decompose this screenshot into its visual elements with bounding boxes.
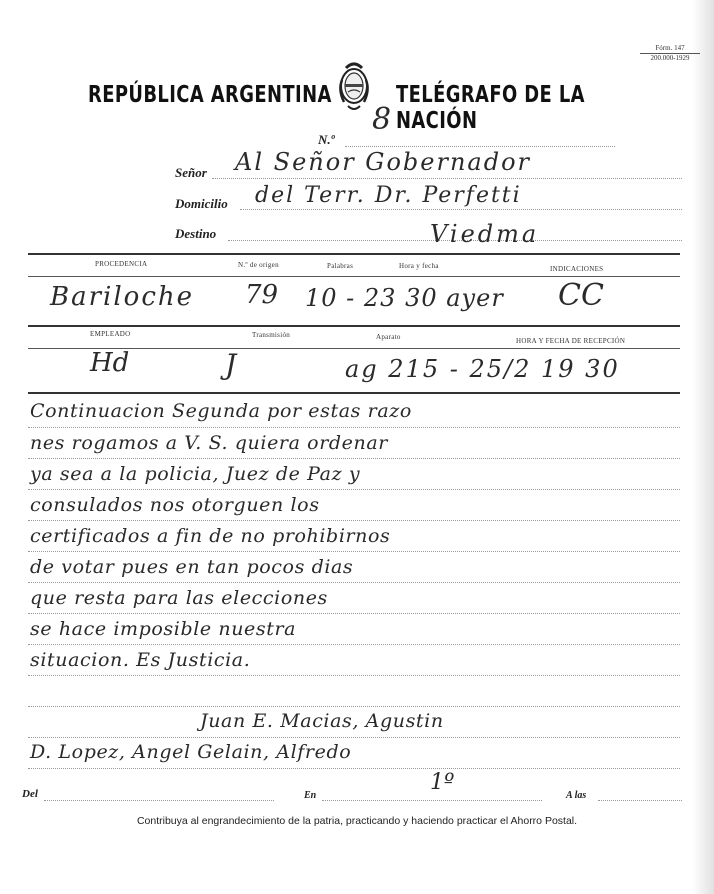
header-left-title: REPÚBLICA ARGENTINA	[88, 82, 332, 108]
del-label: Del	[22, 788, 38, 800]
message-line: certificados a fin de no prohibirnos	[30, 525, 390, 547]
senor-label: Señor	[175, 165, 207, 181]
col-palabras: Palabras	[327, 262, 353, 270]
destino-label: Destino	[175, 226, 216, 242]
rule-top-reception	[28, 325, 680, 327]
procedencia-value: Bariloche	[50, 282, 194, 312]
argentine-coat-of-arms-icon	[334, 60, 374, 116]
message-line: Continuacion Segunda por estas razo	[30, 400, 412, 422]
message-line: situacion. Es Justicia.	[30, 649, 250, 671]
ruled-line	[28, 675, 680, 676]
ruled-line	[28, 458, 680, 459]
destino-value: Viedma	[430, 220, 539, 248]
message-line: Juan E. Macias, Agustin	[200, 710, 444, 732]
ruled-line	[28, 706, 680, 707]
a-las-label: A las	[566, 790, 586, 801]
handwritten-page-number: 8	[372, 102, 391, 137]
en-label: En	[304, 790, 316, 801]
print-run: 200.000-1929	[640, 54, 700, 63]
indicaciones-value: CC	[558, 278, 604, 313]
senor-line	[212, 178, 682, 179]
ruled-line	[28, 613, 680, 614]
del-line	[44, 800, 274, 801]
transmision-value: J	[225, 348, 236, 381]
col-numero-origen: N.º de origen	[238, 261, 279, 269]
ruled-line	[28, 489, 680, 490]
empleado-value: Hd	[90, 348, 129, 378]
footer-slogan: Contribuya al engrandecimiento de la pat…	[0, 815, 714, 827]
ruled-line	[28, 551, 680, 552]
col-recepcion: HORA Y FECHA DE RECEPCIÓN	[516, 337, 625, 345]
ruled-line	[28, 737, 680, 738]
handwritten-mark: 1º	[430, 770, 454, 795]
en-line	[322, 800, 542, 801]
domicilio-line	[240, 209, 682, 210]
header-right-title: TELÉGRAFO DE LA NACIÓN	[396, 82, 644, 134]
message-line: de votar pues en tan pocos dias	[30, 556, 353, 578]
domicilio-value: del Terr. Dr. Perfetti	[255, 183, 522, 208]
message-line: se hace imposible nuestra	[30, 618, 296, 640]
number-label: N.º	[318, 132, 335, 148]
col-aparato: Aparato	[376, 333, 401, 341]
ruled-line	[28, 768, 680, 769]
number-line	[345, 146, 615, 147]
ruled-line	[28, 582, 680, 583]
senor-value: Al Señor Gobernador	[235, 148, 531, 176]
page-edge-shadow	[692, 0, 714, 894]
hora-fecha-value: 10 - 23 30 ayer	[305, 284, 504, 312]
rule-mid-origin	[28, 276, 680, 277]
form-number: Fórm. 147 200.000-1929	[640, 44, 700, 63]
a-las-line	[598, 800, 682, 801]
message-line: D. Lopez, Angel Gelain, Alfredo	[30, 741, 351, 763]
message-line: nes rogamos a V. S. quiera ordenar	[30, 432, 388, 454]
col-indicaciones: INDICACIONES	[550, 265, 603, 273]
rule-bottom-reception	[28, 392, 680, 394]
col-transmision: Transmisión	[252, 331, 290, 339]
ruled-line	[28, 427, 680, 428]
ruled-line	[28, 520, 680, 521]
message-line: que resta para las elecciones	[30, 587, 328, 609]
col-empleado: EMPLEADO	[90, 330, 131, 338]
col-procedencia: PROCEDENCIA	[95, 260, 147, 268]
ruled-line	[28, 644, 680, 645]
domicilio-label: Domicilio	[175, 196, 228, 212]
numero-origen-value: 79	[245, 280, 278, 310]
col-hora-fecha: Hora y fecha	[399, 262, 439, 270]
message-line: ya sea a la policia, Juez de Paz y	[30, 463, 360, 485]
message-line: consulados nos otorguen los	[30, 494, 320, 516]
rule-top-origin	[28, 253, 680, 255]
recepcion-value: ag 215 - 25/2 19 30	[345, 355, 620, 383]
form-id: Fórm. 147	[640, 44, 700, 54]
